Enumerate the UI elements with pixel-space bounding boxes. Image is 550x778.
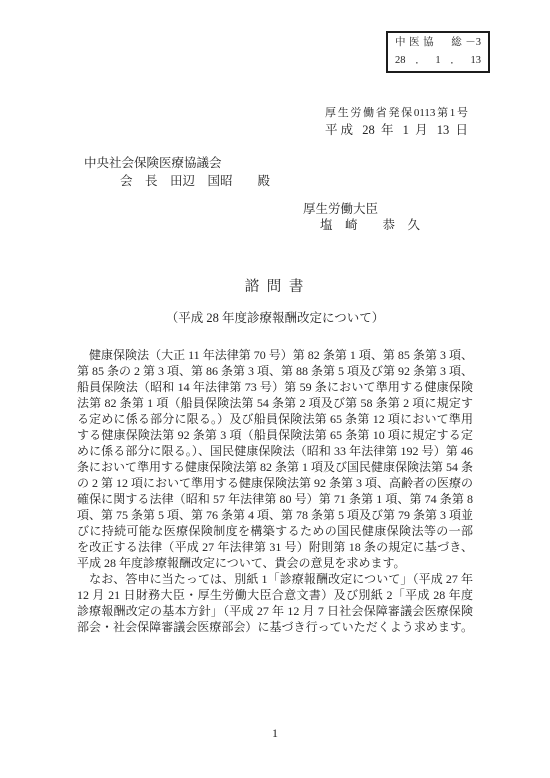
body-line: 12 月 21 日財務大臣・厚生労働大臣合意文書）及び別紙 2「平成 28 年度	[77, 587, 473, 603]
body-line: る定めに係る部分に限る。）及び船員保険法第 65 条第 12 項において準用	[77, 411, 473, 427]
document-number: 厚生労働省発保0113第1号	[325, 105, 468, 121]
body-line: の 2 第 12 項において準用する健康保険法第 92 条第 3 項、高齢者の医…	[77, 475, 473, 491]
body-line: 部会・社会保障審議会医療部会）に基づき行っていただくよう求めます。	[77, 619, 473, 635]
stamp-doc-id: 中医協 総－3	[395, 35, 481, 50]
sender-name: 塩 崎 恭 久	[320, 217, 420, 233]
addressee-organization: 中央社会保険医療協議会	[84, 155, 222, 171]
document-date: 平成 28 年 1 月 13 日	[325, 122, 468, 139]
body-line: 法第 82 条第 1 項（船員保険法第 54 条第 2 項及び第 58 条第 2…	[77, 395, 473, 411]
body-text: 健康保険法（大正 11 年法律第 70 号）第 82 条第 1 項、第 85 条…	[77, 347, 473, 635]
document-title: 諮 問 書	[77, 279, 473, 296]
sender-title: 厚生労働大臣	[303, 201, 378, 217]
page-number: 1	[0, 726, 550, 741]
body-line: 第 85 条の 2 第 3 項、第 86 条第 3 項、第 88 条第 5 項及…	[77, 363, 473, 379]
document-number-block: 厚生労働省発保0113第1号 平成 28 年 1 月 13 日	[325, 105, 468, 139]
stamp-date: 28．1．13	[395, 53, 481, 68]
body-line: 平成 28 年度診療報酬改定について、貴会の意見を求めます。	[77, 555, 473, 571]
body-line: びに持続可能な医療保険制度を構築するための国民健康保険法等の一部	[77, 523, 473, 539]
body-line: 確保に関する法律（昭和 57 年法律第 80 号）第 71 条第 1 項、第 7…	[77, 491, 473, 507]
council-stamp-box: 中医協 総－3 28．1．13	[386, 31, 490, 73]
document-page: 中医協 総－3 28．1．13 厚生労働省発保0113第1号 平成 28 年 1…	[0, 0, 550, 778]
body-line: を改正する法律（平成 27 年法律第 31 号）附則第 18 条の規定に基づき、	[77, 539, 473, 555]
document-subtitle: （平成 28 年度診療報酬改定について）	[0, 310, 550, 327]
body-line: 項、第 75 条第 5 項、第 76 条第 4 項、第 78 条第 5 項及び第…	[77, 507, 473, 523]
body-line: 診療報酬改定の基本方針」（平成 27 年 12 月 7 日社会保障審議会医療保険	[77, 603, 473, 619]
body-line: 船員保険法（昭和 14 年法律第 73 号）第 59 条において準用する健康保険	[77, 379, 473, 395]
addressee-person: 会 長 田辺 国昭 殿	[120, 173, 270, 189]
body-line: 条において準用する健康保険法第 82 条第 1 項及び国民健康保険法第 54 条	[77, 459, 473, 475]
body-line: なお、答申に当たっては、別紙 1「診療報酬改定について」（平成 27 年	[77, 571, 473, 587]
body-line: 健康保険法（大正 11 年法律第 70 号）第 82 条第 1 項、第 85 条…	[77, 347, 473, 363]
body-line: する健康保険法第 92 条第 3 項（船員保険法第 65 条第 10 項に規定す…	[77, 427, 473, 443]
body-line: めに係る部分に限る。）、国民健康保険法（昭和 33 年法律第 192 号）第 4…	[77, 443, 473, 459]
